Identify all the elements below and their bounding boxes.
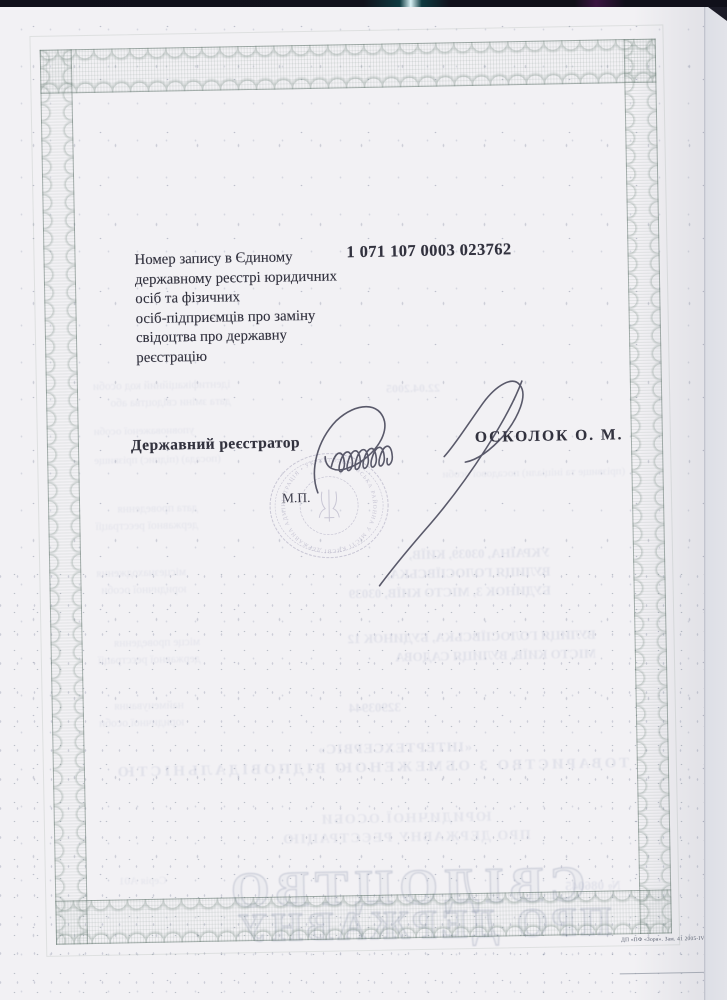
registrar-signature — [277, 357, 551, 602]
record-number: 1 071 107 0003 023762 — [346, 239, 511, 262]
record-label-line: осіб-підприємців про заміну — [135, 306, 337, 329]
record-entry-label: Номер запису в Єдиному державному реєстр… — [134, 247, 338, 368]
print-house-note: ДП «ПФ «Зоря». Зам. 41 2005-IV — [621, 936, 705, 944]
scan-artifact-line — [620, 972, 717, 975]
record-label-line: державному реєстрі юридичних — [135, 267, 337, 290]
page-content-tilted: ідентифікаційний код особидата зміни сві… — [0, 0, 727, 1000]
scanned-certificate-back-page: ідентифікаційний код особидата зміни сві… — [0, 0, 727, 1000]
scanner-edge-strip — [0, 0, 727, 7]
scanner-bed-right-edge — [704, 0, 727, 1000]
